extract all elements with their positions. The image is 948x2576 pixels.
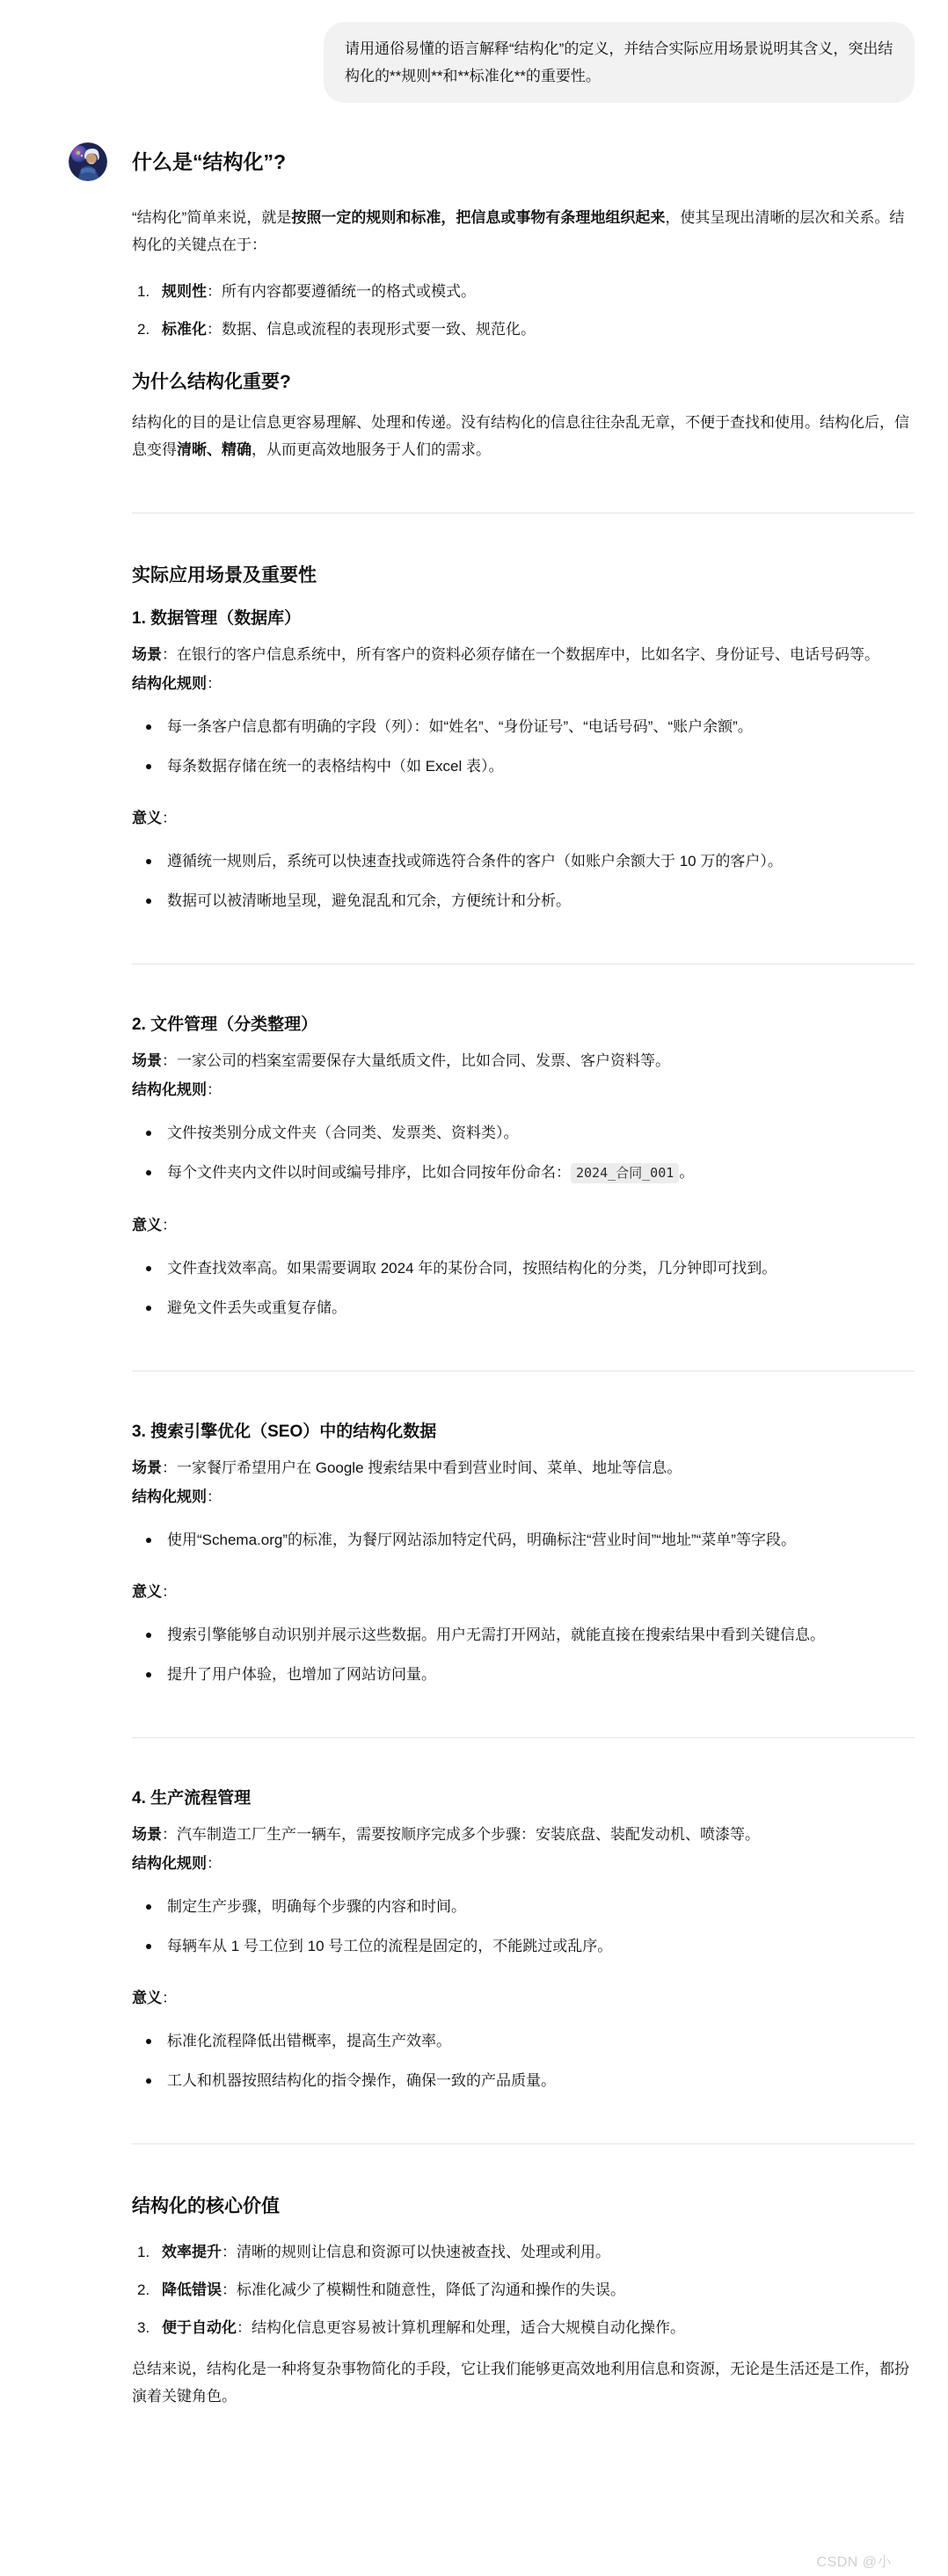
inline-code: 2024_合同_001 [571,1163,679,1183]
item-body: 便于自动化：结构化信息更容易被计算机理解和处理，适合大规模自动化操作。 [162,2314,685,2341]
meaning-item: 遵循统一规则后，系统可以快速查找或筛选符合条件的客户（如账户余额大于 10 万的… [132,848,915,875]
rule-item: 每一条客户信息都有明确的字段（列）：如“姓名”、“身份证号”、“电话号码”、“账… [132,713,915,740]
meaning-label: 意义 [132,810,162,826]
why-bold: 清晰、精确 [177,441,252,458]
meaning-list: 标准化流程降低出错概率，提高生产效率。 工人和机器按照结构化的指令操作，确保一致… [132,2027,915,2094]
rule-item: 每条数据存储在统一的表格结构中（如 Excel 表）。 [132,753,915,780]
rule-item: 每辆车从 1 号工位到 10 号工位的流程是固定的，不能跳过或乱序。 [132,1932,915,1960]
item-text: ：清晰的规则让信息和资源可以快速被查找、处理或利用。 [222,2244,610,2260]
rules-label: 结构化规则 [132,1488,207,1505]
scene-text: ：一家公司的档案室需要保存大量纸质文件，比如合同、发票、客户资料等。 [162,1052,670,1069]
intro-paragraph: “结构化”简单来说，就是按照一定的规则和标准，把信息或事物有条理地组织起来，使其… [132,204,915,258]
rule-item: 每个文件夹内文件以时间或编号排序，比如合同按年份命名：2024_合同_001。 [132,1159,915,1187]
scenario-heading: 3. 搜索引擎优化（SEO）中的结构化数据 [132,1421,915,1444]
item-label: 降低错误 [162,2281,222,2298]
item-number: 1. [132,278,162,305]
rules-list: 制定生产步骤，明确每个步骤的内容和时间。 每辆车从 1 号工位到 10 号工位的… [132,1893,915,1960]
scene-paragraph: 场景：一家餐厅希望用户在 Google 搜索结果中看到营业时间、菜单、地址等信息… [132,1454,915,1481]
colon: ： [207,1081,222,1098]
meaning-item: 工人和机器按照结构化的指令操作，确保一致的产品质量。 [132,2067,915,2094]
core-value-item: 1. 效率提升：清晰的规则让信息和资源可以快速被查找、处理或利用。 [132,2238,915,2266]
rules-list: 使用“Schema.org”的标准，为餐厅网站添加特定代码，明确标注“营业时间”… [132,1526,915,1554]
why-heading: 为什么结构化重要? [132,369,915,395]
section-divider [132,513,915,513]
scene-paragraph: 场景：在银行的客户信息系统中，所有客户的资料必须存储在一个数据库中，比如名字、身… [132,641,915,668]
item-body: 标准化：数据、信息或流程的表现形式要一致、规范化。 [162,316,536,343]
item-number: 2. [132,2276,162,2303]
section-divider [132,1371,915,1372]
user-message-text: 请用通俗易懂的语言解释“结构化”的定义，并结合实际应用场景说明其含义，突出结构化… [345,40,893,84]
item-text: ：所有内容都要遵循统一的格式或模式。 [207,283,476,300]
meaning-label-line: 意义： [132,1984,915,2012]
intro-text-1: “结构化”简单来说，就是 [132,209,291,226]
scene-paragraph: 场景：汽车制造工厂生产一辆车，需要按顺序完成多个步骤：安装底盘、装配发动机、喷漆… [132,1821,915,1848]
meaning-item: 文件查找效率高。如果需要调取 2024 年的某份合同，按照结构化的分类，几分钟即… [132,1255,915,1282]
scene-text: ：一家餐厅希望用户在 Google 搜索结果中看到营业时间、菜单、地址等信息。 [162,1459,682,1476]
rules-label: 结构化规则 [132,675,207,692]
item-body: 降低错误：标准化减少了模糊性和随意性，降低了沟通和操作的失误。 [162,2276,625,2303]
rules-label: 结构化规则 [132,1855,207,1872]
assistant-response: 什么是“结构化”? “结构化”简单来说，就是按照一定的规则和标准，把信息或事物有… [69,142,915,2410]
user-message-bubble: 请用通俗易懂的语言解释“结构化”的定义，并结合实际应用场景说明其含义，突出结构化… [324,22,915,103]
meaning-label: 意义 [132,1583,162,1600]
summary-paragraph: 总结来说，结构化是一种将复杂事物简化的手段，它让我们能够更高效地利用信息和资源，… [132,2355,915,2410]
core-value-item: 3. 便于自动化：结构化信息更容易被计算机理解和处理，适合大规模自动化操作。 [132,2314,915,2341]
item-body: 效率提升：清晰的规则让信息和资源可以快速被查找、处理或利用。 [162,2238,610,2266]
item-number: 1. [132,2238,162,2266]
meaning-label: 意义 [132,1217,162,1233]
why-paragraph: 结构化的目的是让信息更容易理解、处理和传递。没有结构化的信息往往杂乱无章，不便于… [132,409,915,463]
rule-item: 使用“Schema.org”的标准，为餐厅网站添加特定代码，明确标注“营业时间”… [132,1526,915,1554]
scene-label: 场景 [132,646,162,663]
item-number: 2. [132,316,162,343]
response-content: “结构化”简单来说，就是按照一定的规则和标准，把信息或事物有条理地组织起来，使其… [132,204,915,2410]
rules-label-line: 结构化规则： [132,1076,915,1103]
meaning-item: 标准化流程降低出错概率，提高生产效率。 [132,2027,915,2055]
assistant-avatar [69,142,107,181]
core-value-list: 1. 效率提升：清晰的规则让信息和资源可以快速被查找、处理或利用。 2. 降低错… [132,2238,915,2341]
meaning-label-line: 意义： [132,804,915,832]
rules-label-line: 结构化规则： [132,670,915,697]
item-text: ：结构化信息更容易被计算机理解和处理，适合大规模自动化操作。 [237,2319,685,2336]
intro-bold: 按照一定的规则和标准，把信息或事物有条理地组织起来 [291,209,665,226]
rule-item: 文件按类别分成文件夹（合同类、发票类、资料类）。 [132,1119,915,1146]
colon: ： [207,675,222,692]
meaning-list: 搜索引擎能够自动识别并展示这些数据。用户无需打开网站，就能直接在搜索结果中看到关… [132,1621,915,1688]
rule-item: 制定生产步骤，明确每个步骤的内容和时间。 [132,1893,915,1920]
meaning-item: 数据可以被清晰地呈现，避免混乱和冗余，方便统计和分析。 [132,887,915,914]
rules-list: 每一条客户信息都有明确的字段（列）：如“姓名”、“身份证号”、“电话号码”、“账… [132,713,915,780]
item-text: ：数据、信息或流程的表现形式要一致、规范化。 [207,321,536,338]
scenario-section-2: 2. 文件管理（分类整理） 场景：一家公司的档案室需要保存大量纸质文件，比如合同… [132,1014,915,1321]
item-label: 标准化 [162,321,207,338]
scene-label: 场景 [132,1052,162,1069]
core-value-item: 2. 降低错误：标准化减少了模糊性和随意性，降低了沟通和操作的失误。 [132,2276,915,2303]
scenario-heading: 1. 数据管理（数据库） [132,608,915,630]
rules-list: 文件按类别分成文件夹（合同类、发票类、资料类）。 每个文件夹内文件以时间或编号排… [132,1119,915,1187]
scene-label: 场景 [132,1826,162,1843]
rules-label: 结构化规则 [132,1081,207,1098]
meaning-list: 遵循统一规则后，系统可以快速查找或筛选符合条件的客户（如账户余额大于 10 万的… [132,848,915,914]
response-title: 什么是“结构化”? [132,149,286,175]
chat-transcript-page: 请用通俗易懂的语言解释“结构化”的定义，并结合实际应用场景说明其含义，突出结构化… [0,0,948,2576]
item-text: ：标准化减少了模糊性和随意性，降低了沟通和操作的失误。 [222,2281,625,2298]
why-text-2: ，从而更高效地服务于人们的需求。 [252,441,491,458]
rules-label-line: 结构化规则： [132,1850,915,1877]
colon: ： [162,1217,177,1233]
scene-text: ：在银行的客户信息系统中，所有客户的资料必须存储在一个数据库中，比如名字、身份证… [162,646,879,663]
user-message-row: 请用通俗易懂的语言解释“结构化”的定义，并结合实际应用场景说明其含义，突出结构化… [69,22,915,103]
item-number: 3. [132,2314,162,2341]
einstein-portrait-avatar-icon [69,142,107,181]
csdn-watermark: CSDN @小 [816,2551,892,2571]
scenario-heading: 4. 生产流程管理 [132,1787,915,1810]
meaning-item: 避免文件丢失或重复存储。 [132,1294,915,1321]
section-divider [132,964,915,964]
scenarios-heading: 实际应用场景及重要性 [132,563,915,588]
colon: ： [162,810,177,826]
colon: ： [162,1583,177,1600]
colon: ： [162,1990,177,2006]
section-divider [132,1737,915,1738]
scenario-section-3: 3. 搜索引擎优化（SEO）中的结构化数据 场景：一家餐厅希望用户在 Googl… [132,1421,915,1688]
meaning-item: 提升了用户体验，也增加了网站访问量。 [132,1661,915,1688]
key-points-list: 1. 规则性：所有内容都要遵循统一的格式或模式。 2. 标准化：数据、信息或流程… [132,278,915,343]
rules-label-line: 结构化规则： [132,1483,915,1510]
meaning-label-line: 意义： [132,1578,915,1605]
meaning-label: 意义 [132,1990,162,2006]
colon: ： [207,1488,222,1505]
key-point-item: 1. 规则性：所有内容都要遵循统一的格式或模式。 [132,278,915,305]
key-point-item: 2. 标准化：数据、信息或流程的表现形式要一致、规范化。 [132,316,915,343]
rule-text-pre: 每个文件夹内文件以时间或编号排序，比如合同按年份命名： [167,1164,571,1181]
item-label: 便于自动化 [162,2319,237,2336]
scenario-section-4: 4. 生产流程管理 场景：汽车制造工厂生产一辆车，需要按顺序完成多个步骤：安装底… [132,1787,915,2094]
core-value-heading: 结构化的核心价值 [132,2194,915,2219]
item-body: 规则性：所有内容都要遵循统一的格式或模式。 [162,278,476,305]
meaning-item: 搜索引擎能够自动识别并展示这些数据。用户无需打开网站，就能直接在搜索结果中看到关… [132,1621,915,1648]
scenario-section-1: 1. 数据管理（数据库） 场景：在银行的客户信息系统中，所有客户的资料必须存储在… [132,608,915,914]
item-label: 效率提升 [162,2244,222,2260]
assistant-title-row: 什么是“结构化”? [69,142,915,181]
section-divider [132,2143,915,2144]
meaning-label-line: 意义： [132,1212,915,1239]
scene-text: ：汽车制造工厂生产一辆车，需要按顺序完成多个步骤：安装底盘、装配发动机、喷漆等。 [162,1826,760,1843]
scene-label: 场景 [132,1459,162,1476]
scenario-heading: 2. 文件管理（分类整理） [132,1014,915,1037]
colon: ： [207,1855,222,1872]
rule-text-post: 。 [679,1164,694,1181]
item-label: 规则性 [162,283,207,300]
scene-paragraph: 场景：一家公司的档案室需要保存大量纸质文件，比如合同、发票、客户资料等。 [132,1047,915,1074]
meaning-list: 文件查找效率高。如果需要调取 2024 年的某份合同，按照结构化的分类，几分钟即… [132,1255,915,1321]
